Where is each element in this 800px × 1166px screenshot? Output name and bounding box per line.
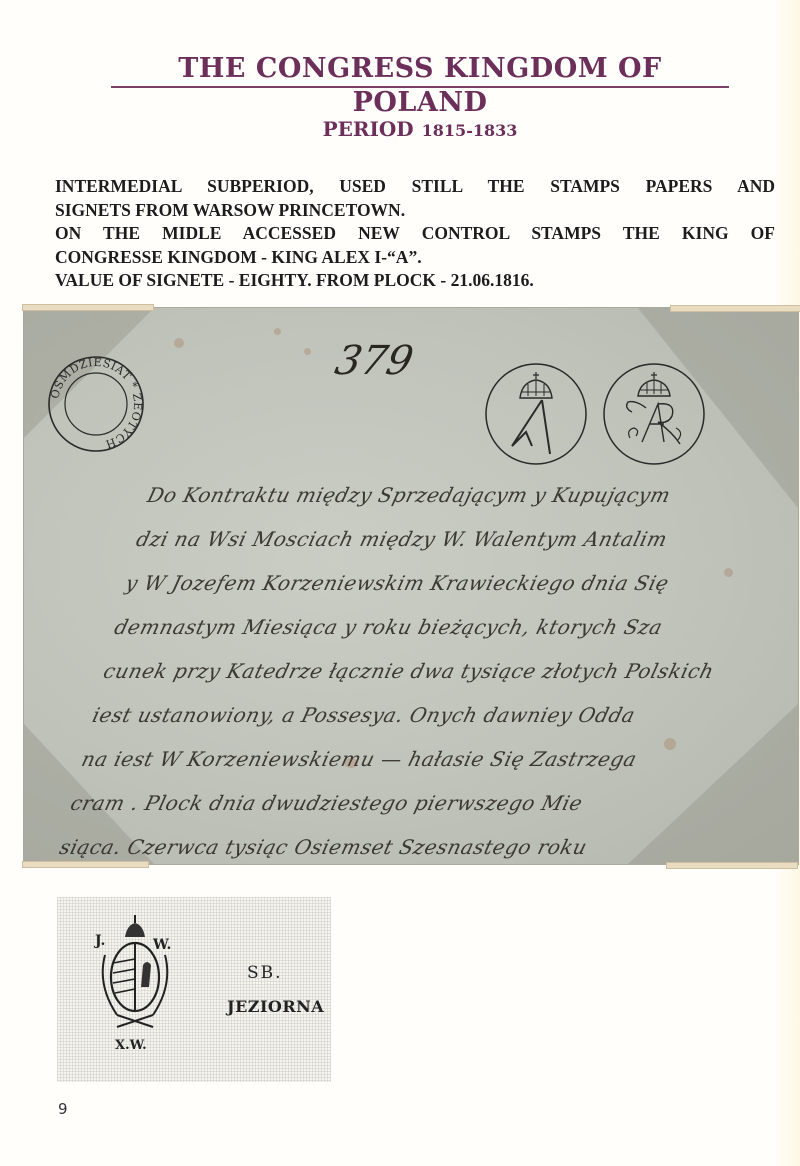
handwriting-line: siąca. Czerwca tysiąc Osiemset Szesnaste… [55,825,756,869]
coat-of-arms-crest-icon: J. W. X.W. [91,915,177,1055]
handwriting-line: Do Kontraktu między Sprzedającym y Kupuj… [142,473,800,517]
paper-stain [274,328,281,335]
signet-value-stamp-icon: OSMDZIESIAT * ZEOTYCH [46,352,146,456]
reference-number: 379 [331,338,417,384]
handwriting-line: iest ustanowiony, a Possesya. Onych dawn… [88,693,789,737]
historic-letter-document: OSMDZIESIAT * ZEOTYCH 379 Do Kontraktu m… [24,308,798,864]
period-heading: PERIOD1815-1833 [0,117,800,141]
period-years: 1815-1833 [422,121,518,140]
period-label: PERIOD [323,117,414,141]
mount-edge [22,304,154,311]
description-line: SIGNETS FROM WARSOW PRINCETOWN. [55,199,775,223]
mount-edge [670,305,800,312]
watermark-place: JEZIORNA [227,997,324,1016]
handwriting-line: cram . Plock dnia dwudziestego pierwszeg… [66,781,767,825]
svg-text:J.: J. [93,933,105,949]
svg-text:X.W.: X.W. [115,1038,147,1053]
handwriting-line: y W Jozefem Korzeniewskim Krawieckiego d… [120,561,800,605]
description-line: INTERMEDIAL SUBPERIOD, USED STILL THE ST… [55,175,775,199]
paper-stain [174,338,184,348]
paper-stain [304,348,311,355]
handwritten-text: Do Kontraktu między Sprzedającym y Kupuj… [55,473,800,869]
svg-text:W.: W. [152,937,171,953]
watermark-initials: SB. [247,963,283,983]
title-underline [111,86,729,88]
description-line: CONGRESSE KINGDOM - KING ALEX I-“A”. [55,246,775,270]
handwriting-line: dzi na Wsi Mosciach między W. Walentym A… [131,517,800,561]
handwriting-line: na iest W Korzeniewskiemu — hałasie Się … [77,737,778,781]
crowned-ar-control-stamp-icon [602,362,706,466]
handwriting-line: demnastym Miesiąca y roku bieżących, kto… [109,605,800,649]
crowned-a-control-stamp-icon [484,362,588,466]
description-text: INTERMEDIAL SUBPERIOD, USED STILL THE ST… [55,175,775,293]
description-line: VALUE OF SIGNETE - EIGHTY. FROM PLOCK - … [55,269,775,293]
description-line: ON THE MIDLE ACCESSED NEW CONTROL STAMPS… [55,222,775,246]
handwriting-line: cunek przy Katedrze łącznie dwa tysiące … [99,649,800,693]
page-number: 9 [58,1100,68,1118]
watermark-illustration: J. W. X.W. SB. JEZIORNA [57,897,331,1082]
